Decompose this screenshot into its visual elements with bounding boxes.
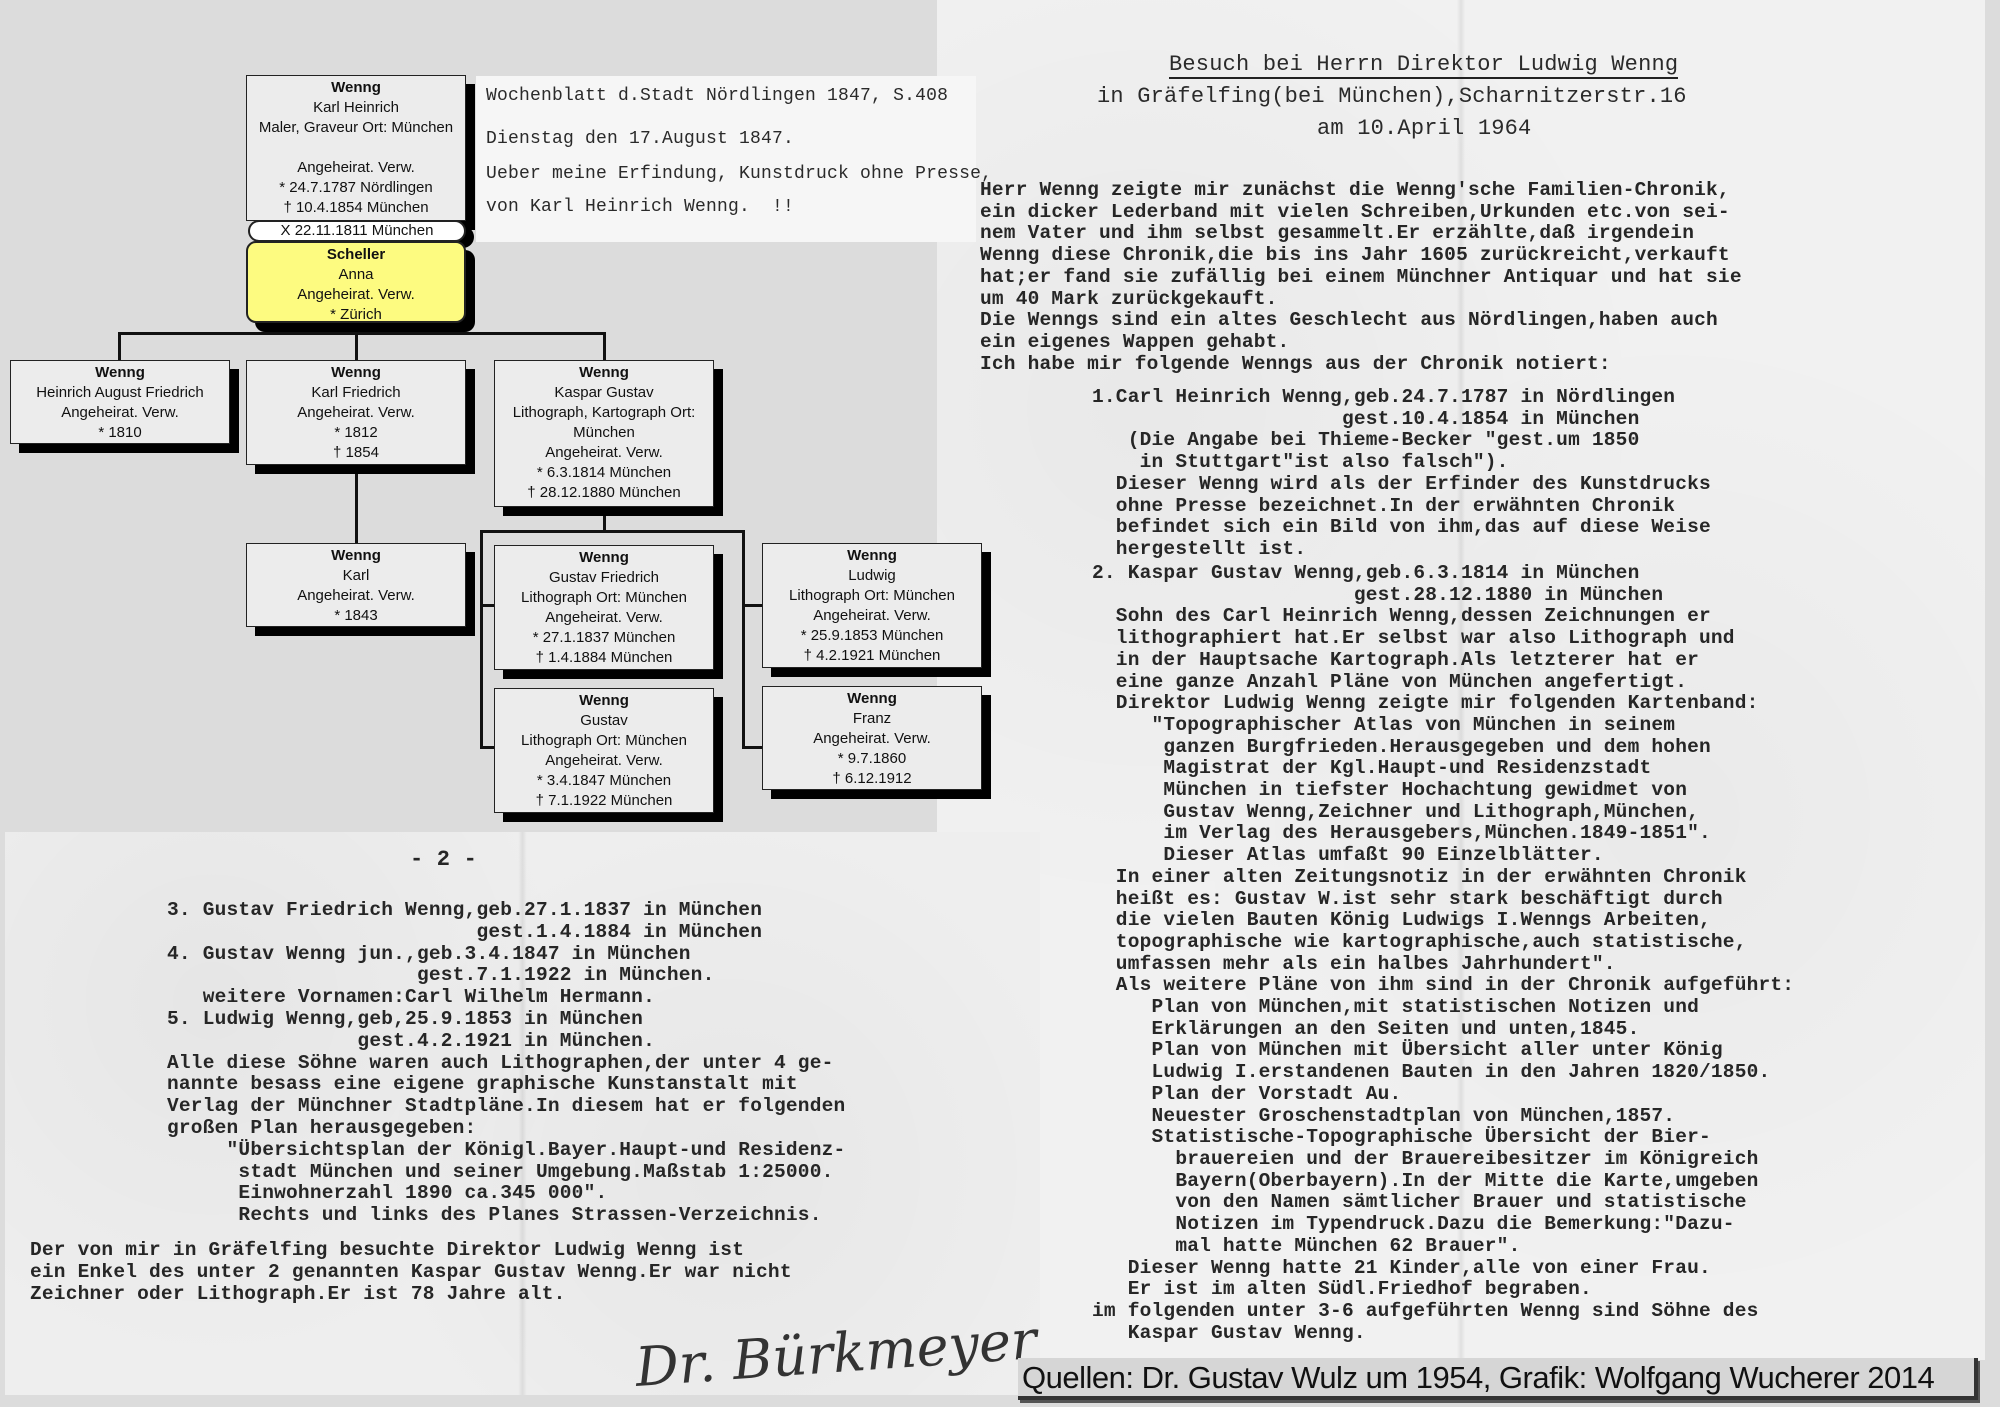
- person-ludwig[interactable]: Wenng Ludwig Lithograph Ort: München Ang…: [762, 543, 982, 668]
- newspaper-source: Wochenblatt d.Stadt Nördlingen 1847, S.4…: [486, 86, 948, 106]
- page-number: - 2 -: [410, 847, 477, 872]
- connector: [480, 530, 483, 748]
- report-entry-1: 1.Carl Heinrich Wenng,geb.24.7.1787 in N…: [1092, 387, 1711, 561]
- report-subtitle: in Gräfelfing(bei München),Scharnitzerst…: [1097, 84, 1687, 109]
- newspaper-headline: Ueber meine Erfindung, Kunstdruck ohne P…: [486, 164, 992, 184]
- connector: [742, 530, 745, 748]
- connector: [603, 510, 606, 532]
- report-date: am 10.April 1964: [1317, 116, 1531, 141]
- source-caption: Quellen: Dr. Gustav Wulz um 1954, Grafik…: [1018, 1358, 1978, 1400]
- person-anna-scheller[interactable]: Scheller Anna Angeheirat. Verw. * Zürich: [246, 241, 466, 323]
- report-page-2-body: 3. Gustav Friedrich Wenng,geb.27.1.1837 …: [167, 900, 845, 1227]
- person-karl-heinrich[interactable]: Wenng Karl Heinrich Maler, Graveur Ort: …: [246, 75, 466, 221]
- connector: [603, 332, 606, 362]
- newspaper-author: von Karl Heinrich Wenng. !!: [486, 197, 794, 217]
- connector: [118, 332, 121, 362]
- marriage-date: X 22.11.1811 München: [248, 220, 466, 242]
- person-heinrich-august-friedrich[interactable]: Wenng Heinrich August Friedrich Angeheir…: [10, 360, 230, 444]
- connector: [480, 530, 745, 533]
- signature: Dr. Bürkmeyer: [633, 1308, 1038, 1399]
- connector: [355, 320, 358, 362]
- report-entry-2: 2. Kaspar Gustav Wenng,geb.6.3.1814 in M…: [1092, 563, 1794, 1344]
- person-karl[interactable]: Wenng Karl Angeheirat. Verw. * 1843: [246, 543, 466, 627]
- newspaper-date: Dienstag den 17.August 1847.: [486, 129, 794, 149]
- person-kaspar-gustav[interactable]: Wenng Kaspar Gustav Lithograph, Kartogra…: [494, 360, 714, 507]
- connector: [118, 332, 606, 335]
- connector: [742, 604, 764, 607]
- report-page-2: - 2 - 3. Gustav Friedrich Wenng,geb.27.1…: [5, 832, 1040, 1395]
- newspaper-inset: Wochenblatt d.Stadt Nördlingen 1847, S.4…: [476, 76, 976, 242]
- person-franz[interactable]: Wenng Franz Angeheirat. Verw. * 9.7.1860…: [762, 686, 982, 790]
- report-page-2-closing: Der von mir in Gräfelfing besuchte Direk…: [30, 1240, 792, 1305]
- report-page-1: Besuch bei Herrn Direktor Ludwig Wenng i…: [937, 0, 1985, 1360]
- person-karl-friedrich[interactable]: Wenng Karl Friedrich Angeheirat. Verw. *…: [246, 360, 466, 465]
- connector: [742, 746, 764, 749]
- report-title: Besuch bei Herrn Direktor Ludwig Wenng: [1169, 52, 1678, 77]
- connector: [355, 465, 358, 545]
- person-gustav[interactable]: Wenng Gustav Lithograph Ort: München Ang…: [494, 688, 714, 813]
- report-intro: Herr Wenng zeigte mir zunächst die Wenng…: [980, 180, 1742, 375]
- person-gustav-friedrich[interactable]: Wenng Gustav Friedrich Lithograph Ort: M…: [494, 545, 714, 670]
